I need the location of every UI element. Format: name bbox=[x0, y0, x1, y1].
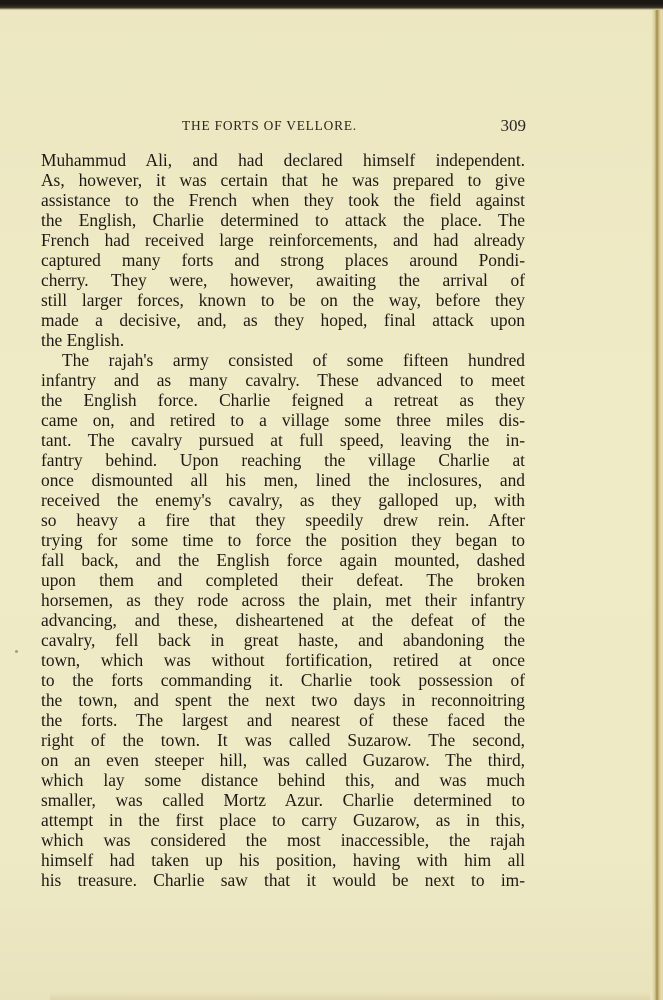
text-line: the town, and spent the next two days in… bbox=[41, 690, 525, 710]
text-line: the English, Charlie determined to attac… bbox=[41, 210, 525, 230]
page-top-edge bbox=[0, 4, 663, 10]
text-line: trying for some time to force the positi… bbox=[41, 530, 525, 550]
text-line: still larger forces, known to be on the … bbox=[41, 290, 525, 310]
text-line: cavalry, fell back in great haste, and a… bbox=[41, 630, 525, 650]
running-title: THE FORTS OF VELLORE. bbox=[182, 118, 357, 134]
text-line: advancing, and these, disheartened at th… bbox=[41, 610, 525, 630]
text-line: attempt in the first place to carry Guza… bbox=[41, 810, 525, 830]
body-text: Muhammud Ali, and had declared himself i… bbox=[41, 150, 525, 890]
text-line: right of the town. It was called Suzarow… bbox=[41, 730, 525, 750]
text-line: French had received large reinforcements… bbox=[41, 230, 525, 250]
text-line: cherry. They were, however, awaiting the… bbox=[41, 270, 525, 290]
text-line: himself had taken up his position, havin… bbox=[41, 850, 525, 870]
text-line: town, which was without fortification, r… bbox=[41, 650, 525, 670]
page-bottom-shadow bbox=[50, 992, 650, 1000]
paragraph-start-line: The rajah's army consisted of some fifte… bbox=[41, 350, 525, 370]
text-line: received the enemy's cavalry, as they ga… bbox=[41, 490, 525, 510]
running-header: THE FORTS OF VELLORE. 309 bbox=[182, 116, 526, 136]
text-line: fall back, and the English force again m… bbox=[41, 550, 525, 570]
text-line: which lay some distance behind this, and… bbox=[41, 770, 525, 790]
text-line: fantry behind. Upon reaching the village… bbox=[41, 450, 525, 470]
text-line: on an even steeper hill, was called Guza… bbox=[41, 750, 525, 770]
text-line: horsemen, as they rode across the plain,… bbox=[41, 590, 525, 610]
page-number: 309 bbox=[501, 116, 527, 136]
text-line: once dismounted all his men, lined the i… bbox=[41, 470, 525, 490]
text-line: As, however, it was certain that he was … bbox=[41, 170, 525, 190]
text-line: the English force. Charlie feigned a ret… bbox=[41, 390, 525, 410]
text-line: came on, and retired to a village some t… bbox=[41, 410, 525, 430]
text-line: the forts. The largest and nearest of th… bbox=[41, 710, 525, 730]
text-line: assistance to the French when they took … bbox=[41, 190, 525, 210]
text-line: infantry and as many cavalry. These adva… bbox=[41, 370, 525, 390]
text-line: his treasure. Charlie saw that it would … bbox=[41, 870, 525, 890]
text-line: captured many forts and strong places ar… bbox=[41, 250, 525, 270]
text-line: tant. The cavalry pursued at full speed,… bbox=[41, 430, 525, 450]
paragraph-end-line: the English. bbox=[41, 330, 525, 350]
text-line: so heavy a fire that they speedily drew … bbox=[41, 510, 525, 530]
text-line: upon them and completed their defeat. Th… bbox=[41, 570, 525, 590]
book-spine-edge bbox=[651, 10, 663, 1000]
text-line: Muhammud Ali, and had declared himself i… bbox=[41, 150, 525, 170]
text-line: to the forts commanding it. Charlie took… bbox=[41, 670, 525, 690]
text-line: smaller, was called Mortz Azur. Charlie … bbox=[41, 790, 525, 810]
text-line: which was considered the most inaccessib… bbox=[41, 830, 525, 850]
margin-speck bbox=[15, 650, 18, 653]
text-line: made a decisive, and, as they hoped, fin… bbox=[41, 310, 525, 330]
